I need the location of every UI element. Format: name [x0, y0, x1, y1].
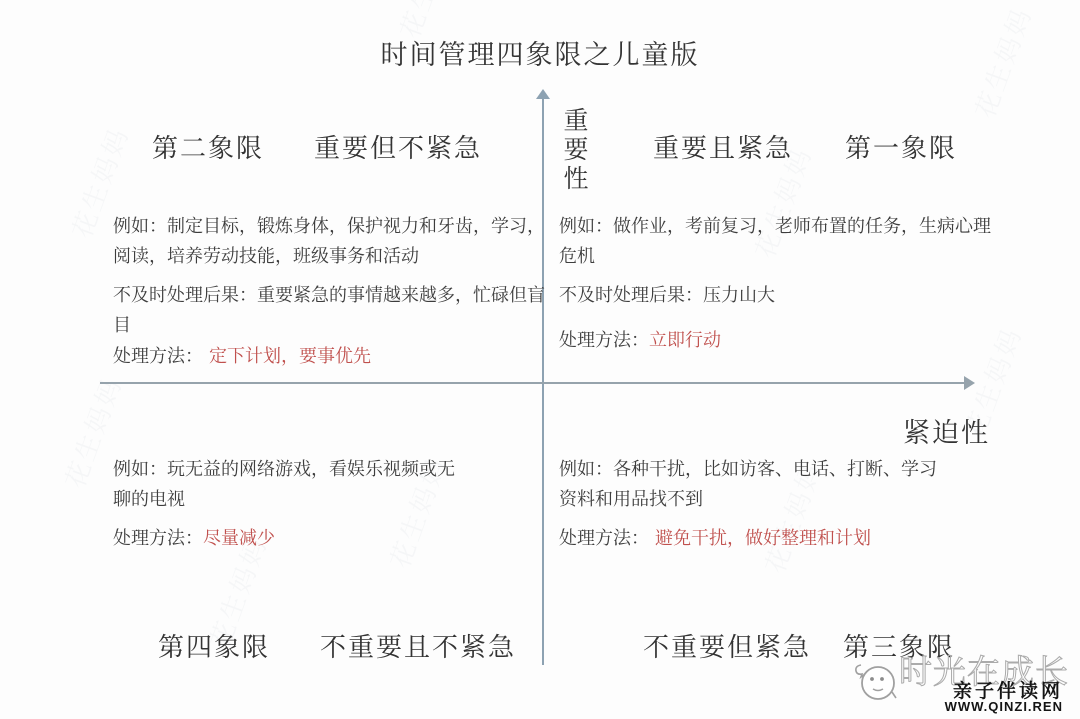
quadrant1-method-line: 处理方法：立即行动 — [559, 325, 721, 355]
quadrant4-category: 不重要且不紧急 — [320, 627, 516, 664]
quadrant4-method-line: 处理方法：尽量减少 — [113, 523, 275, 553]
quadrant2-example: 例如：制定目标，锻炼身体，保护视力和牙齿，学习，阅读，培养劳动技能，班级事务和活… — [113, 211, 545, 271]
quadrant2-method-line: 处理方法：定下计划，要事优先 — [113, 341, 371, 371]
importance-axis-line — [542, 97, 544, 665]
quadrant2-name: 第二象限 — [152, 128, 264, 165]
time-management-quadrant-diagram: 花生妈妈 花生妈妈 花生妈妈 花生妈妈 花生妈妈 花生妈妈 花生妈妈 花生妈妈 … — [0, 0, 1080, 719]
urgency-axis-arrow-icon — [964, 376, 975, 390]
quadrant2-category: 重要但不紧急 — [314, 128, 482, 165]
quadrant2-method-label: 处理方法： — [113, 346, 203, 366]
quadrant3-method-label: 处理方法： — [559, 528, 649, 548]
y-axis-label: 重要性 — [556, 107, 592, 194]
quadrant3-category: 不重要但紧急 — [643, 627, 811, 664]
quadrant1-method-label: 处理方法： — [559, 330, 649, 350]
quadrant3-method-line: 处理方法：避免干扰，做好整理和计划 — [559, 523, 871, 553]
quadrant2-consequence: 不及时处理后果：重要紧急的事情越来越多，忙碌但盲目 — [113, 280, 545, 340]
page-title: 时间管理四象限之儿童版 — [0, 33, 1080, 72]
quadrant4-method-label: 处理方法： — [113, 528, 203, 548]
quadrant4-name: 第四象限 — [158, 627, 270, 664]
x-axis-label: 紧迫性 — [903, 411, 990, 450]
quadrant1-name: 第一象限 — [845, 128, 957, 165]
quadrant3-method-value: 避免干扰，做好整理和计划 — [655, 528, 871, 548]
cartoon-face-logo-icon — [851, 651, 899, 710]
quadrant3-example: 例如：各种干扰，比如访客、电话、打断、学习资料和用品找不到 — [559, 454, 937, 514]
quadrant1-consequence: 不及时处理后果：压力山大 — [559, 280, 997, 310]
quadrant4-example: 例如：玩无益的网络游戏，看娱乐视频或无聊的电视 — [113, 454, 465, 514]
quadrant1-category: 重要且紧急 — [653, 128, 793, 165]
urgency-axis-line — [100, 382, 968, 384]
site-url: WWW.QINZI.REN — [945, 699, 1063, 714]
quadrant4-method-value: 尽量减少 — [203, 528, 275, 548]
quadrant2-method-value: 定下计划，要事优先 — [209, 346, 371, 366]
quadrant1-method-value: 立即行动 — [649, 330, 721, 350]
quadrant1-example: 例如：做作业，考前复习，老师布置的任务，生病心理危机 — [559, 211, 997, 271]
importance-axis-arrow-icon — [536, 89, 550, 99]
